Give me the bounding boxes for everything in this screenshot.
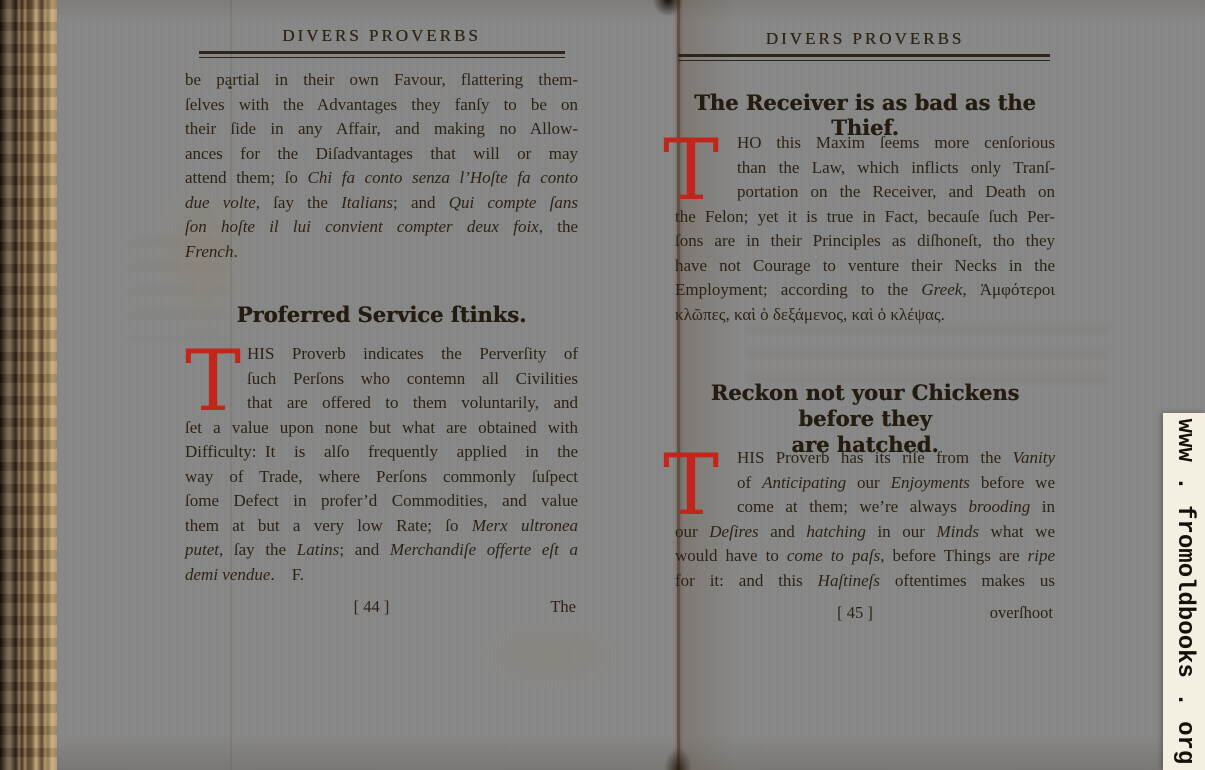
running-head-left: DIVERS PROVERBS xyxy=(185,26,578,46)
header-rule-right xyxy=(678,54,1050,61)
text-line: our Deſires and hatching in our Minds wh… xyxy=(675,522,1055,547)
page-footer-left: [ 44 ] The xyxy=(185,597,578,622)
paragraph-receiver: T HO this Maxim ſeems more cenſorioustha… xyxy=(675,133,1055,329)
running-head-right: DIVERS PROVERBS xyxy=(675,29,1055,49)
drop-cap-initial: T xyxy=(185,346,241,416)
catchword-right: overſhoot xyxy=(990,603,1053,623)
text-line: them at but a very low Rate; ſo Merx ult… xyxy=(185,516,578,541)
text-line: than the Law, which inflicts only Tranſ- xyxy=(675,158,1055,183)
paragraph-proferred-service: T HIS Proverb indicates the Perverſity o… xyxy=(185,344,578,589)
text-line: ſuch Perſons who contemn all Civilities xyxy=(185,369,578,394)
text-line: attend them; ſo Chi fa conto senza l’Hoſ… xyxy=(185,168,578,193)
paragraph-body: HIS Proverb indicates the Perverſity ofſ… xyxy=(185,344,578,589)
text-line: that are offered to them voluntarily, an… xyxy=(185,393,578,418)
drop-cap-initial: T xyxy=(663,450,719,520)
text-line: ſome Defect in profer’d Commodities, and… xyxy=(185,491,578,516)
text-line: demi vendue. F. xyxy=(185,565,578,590)
text-line: be partial in their own Favour, flatteri… xyxy=(185,70,578,95)
book-page-edges xyxy=(0,0,57,770)
page-44: DIVERS PROVERBS be partial in their own … xyxy=(185,0,578,770)
page-number-44: [ 44 ] xyxy=(185,597,558,617)
text-line: HO this Maxim ſeems more cenſorious xyxy=(675,133,1055,158)
text-line: way of Trade, where Perſons commonly ſuſ… xyxy=(185,467,578,492)
catchword-left: The xyxy=(550,597,576,617)
text-line: ſon hoſte il lui convient compter deux f… xyxy=(185,217,578,242)
text-line: κλῶπες, καὶ ὁ δεξάμενος, καὶ ὁ κλέψας. xyxy=(675,305,1055,330)
text-line: ances for the Diſadvantages that will or… xyxy=(185,144,578,169)
text-line: Difficulty: It is alſo frequently applie… xyxy=(185,442,578,467)
text-line: putet, ſay the Latins; and Merchandiſe o… xyxy=(185,540,578,565)
page-number-45: [ 45 ] xyxy=(675,603,1035,623)
header-rule-left xyxy=(199,51,565,58)
paragraph-chickens: T HIS Proverb has its riſe from the Vani… xyxy=(675,448,1055,595)
text-line: ſons are in their Principles as diſhoneſ… xyxy=(675,231,1055,256)
text-line: of Anticipating our Enjoyments before we xyxy=(675,473,1055,498)
paragraph-body: HO this Maxim ſeems more cenſoriousthan … xyxy=(675,133,1055,329)
heading-line: Reckon not your Chickens before they xyxy=(675,380,1055,432)
page-45: DIVERS PROVERBS The Receiver is as bad a… xyxy=(675,0,1055,770)
proverb-heading-proferred-service: Proferred Service ſtinks. xyxy=(185,302,578,327)
proverb-heading-chickens: Reckon not your Chickens before they are… xyxy=(675,380,1055,458)
text-line: come at them; we’re always brooding in xyxy=(675,497,1055,522)
text-line: French. xyxy=(185,242,578,267)
watermark-url: www . fromoldbooks . org xyxy=(1163,413,1205,770)
watermark-strip: www . fromoldbooks . org xyxy=(1163,413,1205,770)
text-line: for it: and this Haſtineſs oftentimes ma… xyxy=(675,571,1055,596)
drop-cap-initial: T xyxy=(663,135,719,205)
text-line: ſelves with the Advantages they fanſy to… xyxy=(185,95,578,120)
text-line: their ſide in any Affair, and making no … xyxy=(185,119,578,144)
text-line: HIS Proverb has its riſe from the Vanity xyxy=(675,448,1055,473)
book-scan: DIVERS PROVERBS be partial in their own … xyxy=(0,0,1205,770)
text-line: would have to come to paſs, before Thing… xyxy=(675,546,1055,571)
text-line: portation on the Receiver, and Death on xyxy=(675,182,1055,207)
text-line: have not Courage to venture their Necks … xyxy=(675,256,1055,281)
paragraph-body: HIS Proverb has its riſe from the Vanity… xyxy=(675,448,1055,595)
text-line: HIS Proverb indicates the Perverſity of xyxy=(185,344,578,369)
text-line: the Felon; yet it is true in Fact, becau… xyxy=(675,207,1055,232)
text-line: due volte, ſay the Italians; and Qui com… xyxy=(185,193,578,218)
text-line: ſet a value upon none but what are obtai… xyxy=(185,418,578,443)
page-footer-right: [ 45 ] overſhoot xyxy=(675,603,1055,628)
paragraph-continuation: be partial in their own Favour, flatteri… xyxy=(185,70,578,266)
text-line: Employment; according to the Greek, Ἀμφό… xyxy=(675,280,1055,305)
